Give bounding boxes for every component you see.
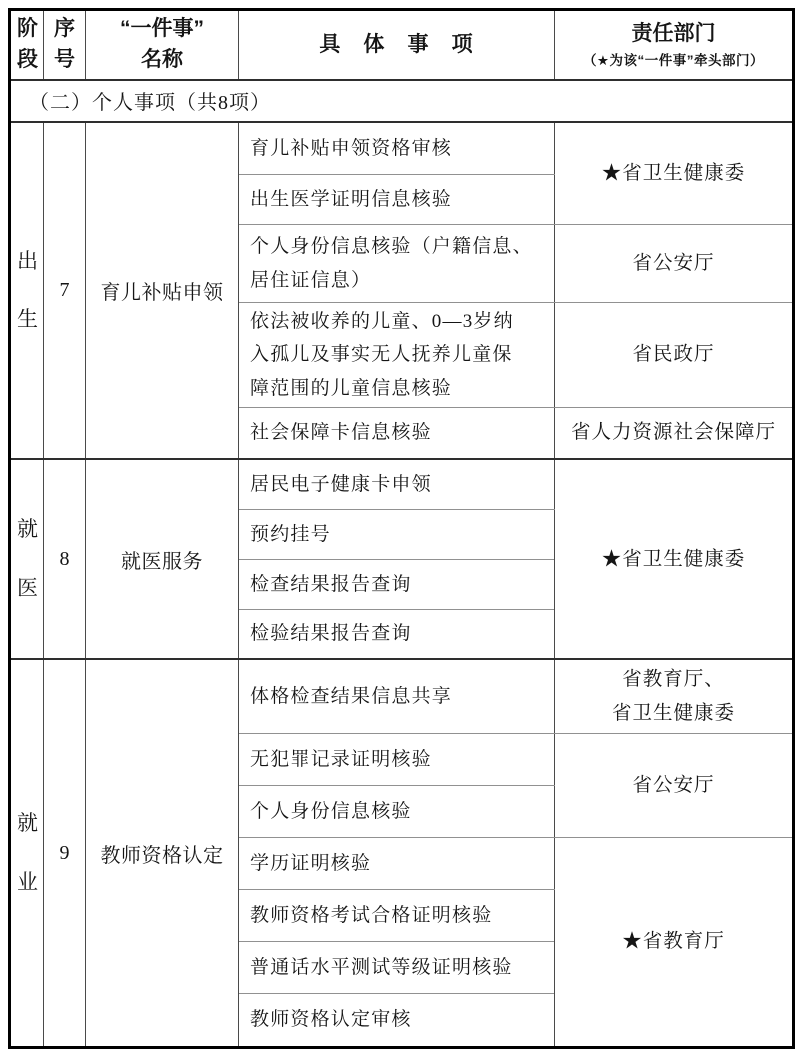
item-cell: 无犯罪记录证明核验	[239, 733, 555, 785]
one-thing-name-cell: 教师资格认定	[86, 659, 239, 1047]
item-cell: 教师资格考试合格证明核验	[239, 889, 555, 941]
stage-cell-birth: 出 生	[10, 122, 44, 460]
item-cell: 社会保障卡信息核验	[239, 407, 555, 459]
item-cell: 学历证明核验	[239, 837, 555, 889]
number-cell: 7	[44, 122, 86, 460]
col-header-name-label: “一件事” 名称	[92, 14, 232, 75]
stage-label: 就 医	[17, 500, 37, 618]
dept-cell: 省教育厅、 省卫生健康委	[555, 659, 794, 733]
item-cell: 个人身份信息核验（户籍信息、 居住证信息）	[239, 225, 555, 303]
col-header-number-label: 序 号	[50, 14, 79, 75]
col-header-items-label: 具 体 事 项	[245, 30, 548, 60]
table-row: 就 业 9 教师资格认定 体格检查结果信息共享 省教育厅、 省卫生健康委	[10, 659, 794, 733]
item-cell: 检查结果报告查询	[239, 559, 555, 609]
section-row: （二）个人事项（共8项）	[10, 80, 794, 122]
col-header-dept-note: （★为该“一件事”牵头部门）	[561, 51, 786, 71]
col-header-items: 具 体 事 项	[239, 10, 555, 80]
stage-cell-employment: 就 业	[10, 659, 44, 1047]
dept-cell: 省公安厅	[555, 225, 794, 303]
col-header-name: “一件事” 名称	[86, 10, 239, 80]
number-cell: 8	[44, 459, 86, 659]
dept-cell: 省人力资源社会保障厅	[555, 407, 794, 459]
dept-cell: ★省卫生健康委	[555, 459, 794, 659]
table-row: 出 生 7 育儿补贴申领 育儿补贴申领资格审核 ★省卫生健康委	[10, 122, 794, 175]
item-cell: 居民电子健康卡申领	[239, 459, 555, 509]
col-header-stage: 阶 段	[10, 10, 44, 80]
item-cell: 教师资格认定审核	[239, 993, 555, 1047]
col-header-stage-label: 阶 段	[17, 14, 37, 75]
one-thing-name-cell: 育儿补贴申领	[86, 122, 239, 460]
one-thing-name-cell: 就医服务	[86, 459, 239, 659]
item-cell: 体格检查结果信息共享	[239, 659, 555, 733]
item-cell: 预约挂号	[239, 509, 555, 559]
col-header-dept-title: 责任部门	[561, 19, 786, 49]
table-row: 就 医 8 就医服务 居民电子健康卡申领 ★省卫生健康委	[10, 459, 794, 509]
item-cell: 检验结果报告查询	[239, 609, 555, 659]
stage-label: 出 生	[17, 232, 37, 350]
item-cell: 育儿补贴申领资格审核	[239, 122, 555, 175]
header-row: 阶 段 序 号 “一件事” 名称 具 体 事 项 责任部门 （★为该“一件事”牵…	[10, 10, 794, 80]
item-cell: 依法被收养的儿童、0—3岁纳 入孤儿及事实无人抚养儿童保 障范围的儿童信息核验	[239, 303, 555, 408]
dept-cell: 省公安厅	[555, 733, 794, 837]
item-cell: 出生医学证明信息核验	[239, 175, 555, 225]
col-header-number: 序 号	[44, 10, 86, 80]
one-thing-items-table: 阶 段 序 号 “一件事” 名称 具 体 事 项 责任部门 （★为该“一件事”牵…	[8, 8, 795, 1049]
col-header-dept: 责任部门 （★为该“一件事”牵头部门）	[555, 10, 794, 80]
number-cell: 9	[44, 659, 86, 1047]
item-cell: 个人身份信息核验	[239, 785, 555, 837]
section-title: （二）个人事项（共8项）	[10, 80, 794, 122]
stage-cell-medical: 就 医	[10, 459, 44, 659]
dept-cell: ★省卫生健康委	[555, 122, 794, 225]
dept-cell: 省民政厅	[555, 303, 794, 408]
dept-cell: ★省教育厅	[555, 837, 794, 1047]
stage-label: 就 业	[17, 794, 37, 912]
item-cell: 普通话水平测试等级证明核验	[239, 941, 555, 993]
